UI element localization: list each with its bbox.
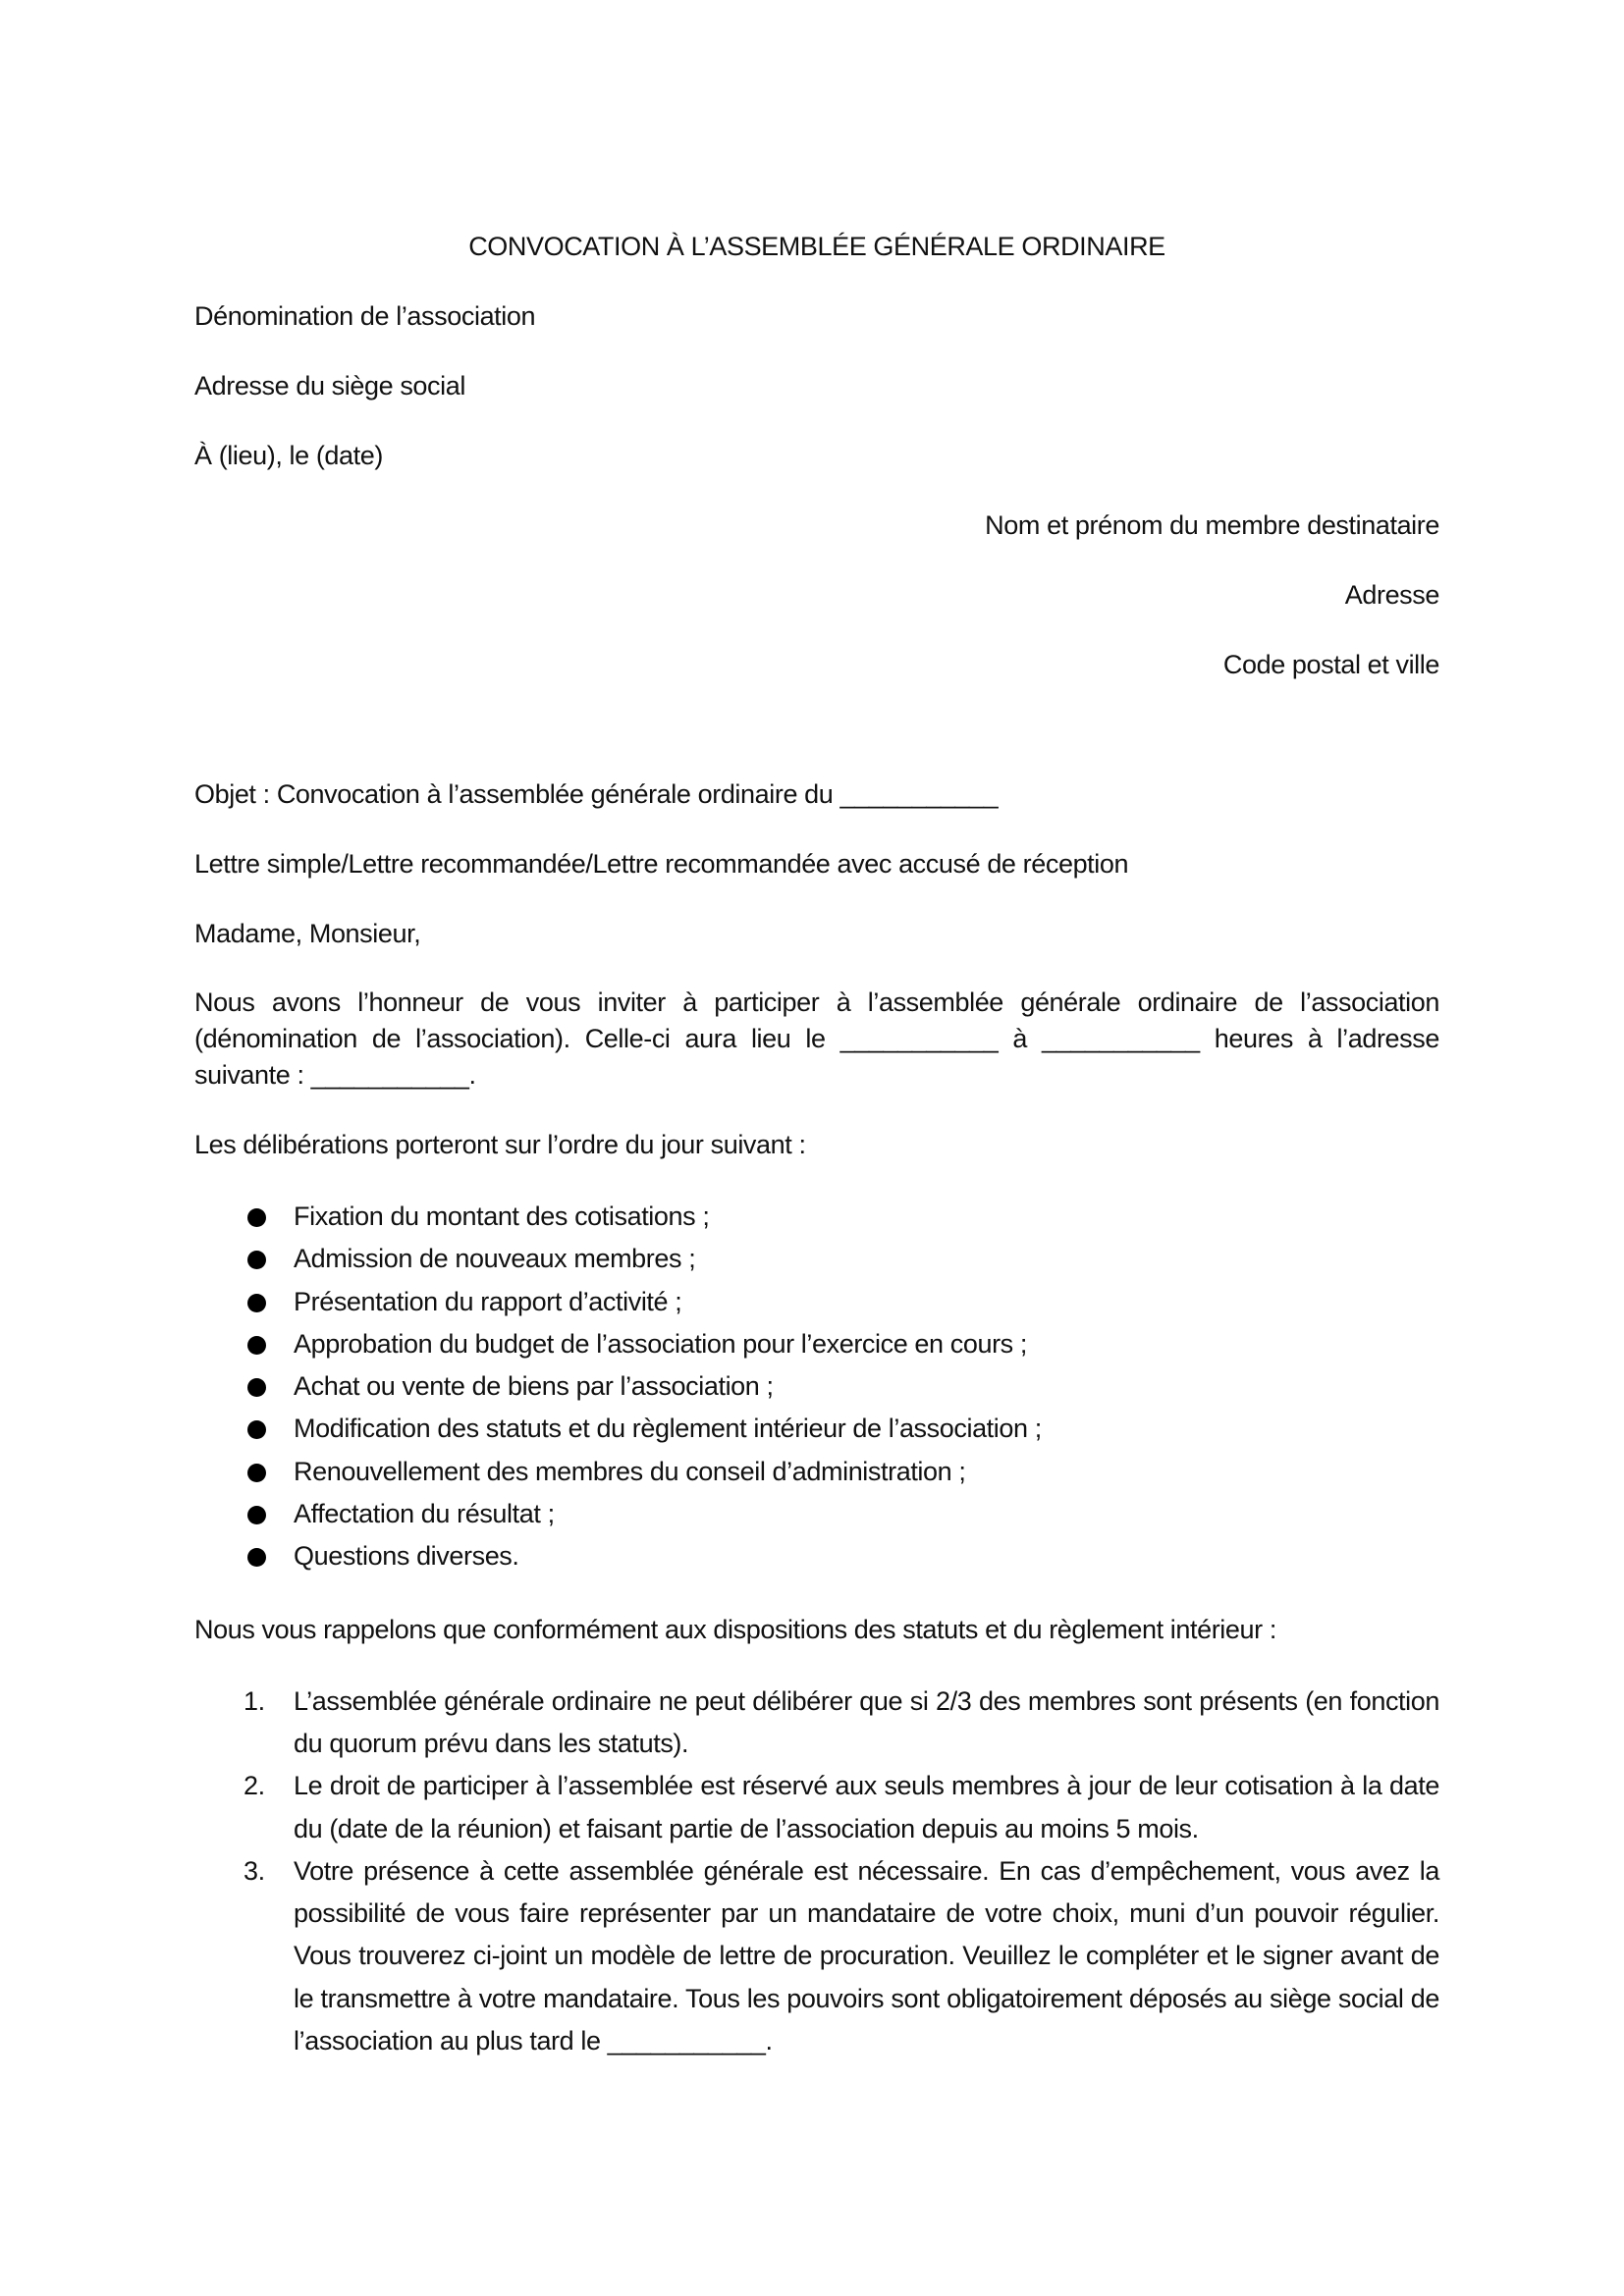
agenda-item-text: Admission de nouveaux membres ;	[294, 1244, 695, 1273]
sender-place-date: À (lieu), le (date)	[194, 437, 1439, 474]
reminder-item: 1.L’assemblée générale ordinaire ne peut…	[194, 1681, 1439, 1766]
bullet-icon	[247, 1548, 266, 1567]
reminder-text: Le droit de participer à l’assemblée est…	[294, 1771, 1439, 1842]
bullet-icon	[247, 1378, 266, 1397]
bullet-icon	[247, 1294, 266, 1312]
recipient-address: Adresse	[194, 576, 1439, 614]
agenda-item: Affectation du résultat ;	[194, 1493, 1439, 1535]
agenda-item-text: Fixation du montant des cotisations ;	[294, 1201, 709, 1231]
agenda-item-text: Modification des statuts et du règlement…	[294, 1414, 1042, 1443]
bullet-icon	[247, 1420, 266, 1439]
agenda-item-text: Affectation du résultat ;	[294, 1499, 555, 1528]
bullet-icon	[247, 1208, 266, 1227]
recipient-name: Nom et prénom du membre destinataire	[194, 507, 1439, 544]
reminder-item: 3.Votre présence à cette assemblée génér…	[194, 1850, 1439, 2062]
agenda-item: Fixation du montant des cotisations ;	[194, 1196, 1439, 1238]
sender-block: Dénomination de l’association Adresse du…	[194, 297, 1439, 474]
agenda-item: Admission de nouveaux membres ;	[194, 1238, 1439, 1280]
agenda-item: Renouvellement des membres du conseil d’…	[194, 1451, 1439, 1493]
agenda-item: Présentation du rapport d’activité ;	[194, 1281, 1439, 1323]
delivery-mode: Lettre simple/Lettre recommandée/Lettre …	[194, 845, 1439, 882]
agenda-item-text: Achat ou vente de biens par l’associatio…	[294, 1371, 774, 1401]
reminder-number: 1.	[244, 1681, 265, 1723]
invitation-paragraph: Nous avons l’honneur de vous inviter à p…	[194, 985, 1439, 1094]
agenda-item-text: Approbation du budget de l’association p…	[294, 1329, 1027, 1359]
bullet-icon	[247, 1506, 266, 1524]
reminder-list: 1.L’assemblée générale ordinaire ne peut…	[194, 1681, 1439, 2063]
agenda-item: Modification des statuts et du règlement…	[194, 1408, 1439, 1450]
agenda-item-text: Questions diverses.	[294, 1541, 519, 1571]
recipient-postal-city: Code postal et ville	[194, 646, 1439, 683]
agenda-item: Approbation du budget de l’association p…	[194, 1323, 1439, 1365]
agenda-intro: Les délibérations porteront sur l’ordre …	[194, 1126, 1439, 1163]
document-title: CONVOCATION À L’ASSEMBLÉE GÉNÉRALE ORDIN…	[194, 228, 1439, 265]
letter-page: CONVOCATION À L’ASSEMBLÉE GÉNÉRALE ORDIN…	[194, 228, 1439, 2062]
recipient-block: Nom et prénom du membre destinataire Adr…	[194, 507, 1439, 683]
object-line: Objet : Convocation à l’assemblée généra…	[194, 775, 1439, 813]
sender-association-name: Dénomination de l’association	[194, 297, 1439, 335]
bullet-icon	[247, 1336, 266, 1355]
reminder-item: 2.Le droit de participer à l’assemblée e…	[194, 1765, 1439, 1850]
reminder-number: 2.	[244, 1765, 265, 1807]
agenda-item: Questions diverses.	[194, 1535, 1439, 1577]
agenda-item-text: Présentation du rapport d’activité ;	[294, 1287, 681, 1316]
reminder-text: Votre présence à cette assemblée général…	[294, 1856, 1439, 2056]
salutation: Madame, Monsieur,	[194, 915, 1439, 952]
bullet-icon	[247, 1464, 266, 1482]
agenda-item-text: Renouvellement des membres du conseil d’…	[294, 1457, 965, 1486]
sender-address: Adresse du siège social	[194, 367, 1439, 404]
spacer	[194, 716, 1439, 775]
reminder-number: 3.	[244, 1850, 265, 1893]
reminder-intro: Nous vous rappelons que conformément aux…	[194, 1611, 1439, 1648]
agenda-list: Fixation du montant des cotisations ; Ad…	[194, 1196, 1439, 1578]
reminder-text: L’assemblée générale ordinaire ne peut d…	[294, 1686, 1439, 1758]
bullet-icon	[247, 1251, 266, 1269]
agenda-item: Achat ou vente de biens par l’associatio…	[194, 1365, 1439, 1408]
